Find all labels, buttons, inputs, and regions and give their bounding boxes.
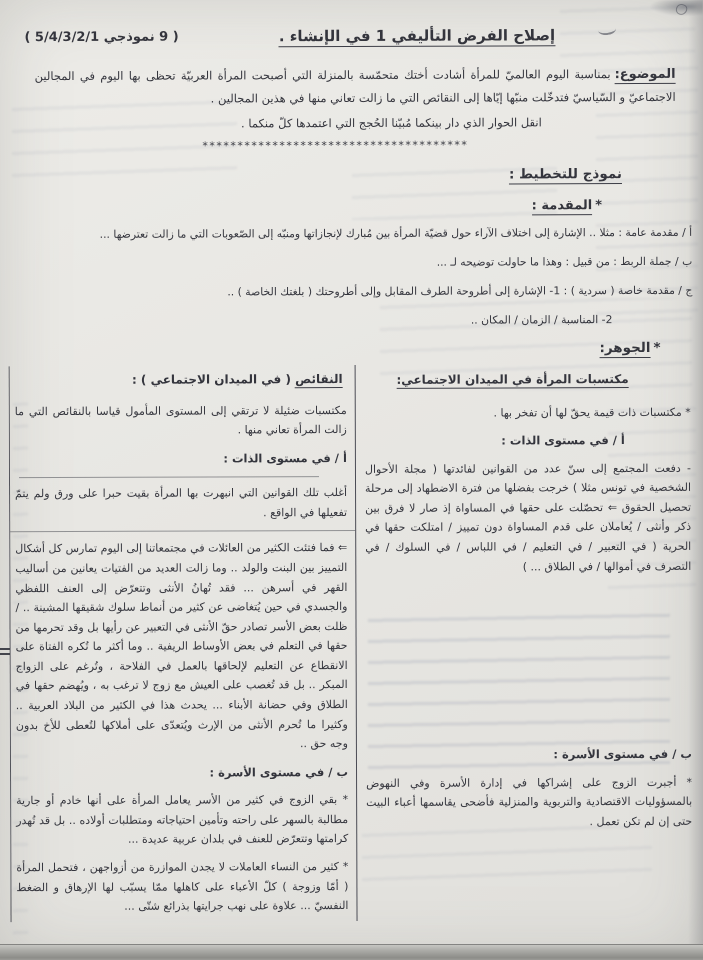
intro-heading: *المقدمة : [23,198,602,215]
ruled-line [10,530,355,532]
intro-item-a: أ / مقدمة عامة : مثلا .. الإشارة إلى اخت… [23,225,692,244]
separator-stars: ************************************** [1,138,670,153]
subject-paragraph: الموضوع:بمناسبة اليوم العالميّ للمرأة أش… [35,63,676,111]
ruled-line [19,476,319,478]
plan-heading-text: نموذج للتخطيط : [509,166,622,184]
intro-item-c: ج / مقدمة خاصة ( سردية ) : 1- الإشارة إل… [23,283,692,302]
scanned-exam-correction-page: إصلاح الفرض التأليفي 1 في الإنشاء . ( 9 … [0,0,703,960]
gains-column: مكتسبات المرأة في الميدان الاجتماعي: * م… [355,364,699,921]
shortcomings-column: النقائص ( في الميدان الاجتماعي ) : مكتسب… [9,365,357,922]
shortcomings-intro: مكتسبات ضئيلة لا ترتقي إلى المستوى المأم… [15,401,347,441]
instruction-line: انقل الحوار الذي دار بينكما مُبيّنا الحُ… [23,116,542,132]
shortcomings-paragraph-self: ⇐ فما فتئت الكثير من العائلات في مجتمعات… [15,538,348,755]
document-content: إصلاح الفرض التأليفي 1 في الإنشاء . ( 9 … [0,0,703,960]
subject-text: بمناسبة اليوم العالميّ للمرأة أشادت أختك… [35,67,676,105]
bleedthrough-gap-spacer [365,584,692,743]
intro-items: أ / مقدمة عامة : مثلا .. الإشارة إلى اخت… [23,225,692,330]
intro-item-b: ب / جملة الربط : من قبيل : وهذا ما حاولت… [23,254,692,273]
page-title: إصلاح الفرض التأليفي 1 في الإنشاء . [279,26,555,47]
shortcomings-heading-rest: ( في الميدان الاجتماعي ) : [132,372,295,387]
body-heading: *الجوهر: [24,340,661,358]
gains-paragraph-family: * أجبرت الزوج على إشراكها في إدارة الأسر… [366,772,692,832]
gains-heading-text: مكتسبات المرأة في الميدان الاجتماعي: [396,372,628,389]
intro-heading-text: المقدمة : [532,198,593,215]
body-heading-text: الجوهر: [599,340,650,358]
shortcomings-paragraph-working-women: * كثير من النساء العاملات لا يجدن المواز… [16,857,348,917]
intro-item-c2: 2- المناسبة / الزمان / المكان .. [23,312,612,331]
shortcomings-heading-main: النقائص [295,372,343,388]
gains-subheading-family: ب / في مستوى الأسرة : [394,744,692,766]
comparison-columns: مكتسبات المرأة في الميدان الاجتماعي: * م… [9,364,699,922]
shortcomings-subheading-self: أ / في مستوى الذات : [15,448,347,470]
subject-label: الموضوع: [615,67,676,84]
shortcomings-subheading-family: ب / في مستوى الأسرة : [16,762,348,784]
document-header: إصلاح الفرض التأليفي 1 في الإنشاء . ( 9 … [22,25,691,57]
shortcomings-heading: النقائص ( في الميدان الاجتماعي ) : [15,369,343,392]
body-heading-star: * [653,340,660,356]
shortcomings-paragraph-husband: * بقي الزوج في كثير من الأسر يعامل المرأ… [16,790,348,850]
gains-heading: مكتسبات المرأة في الميدان الاجتماعي: [365,369,629,391]
models-note: ( 9 نموذجي 5/4/3/2/1 ) [24,30,178,46]
gains-point: * مكتسبات ذات قيمة يحقّ لها أن تفخر بها … [365,402,691,423]
gains-subheading-self: أ / في مستوى الذات : [365,430,625,451]
intro-heading-star: * [595,198,602,213]
plan-heading: نموذج للتخطيط : [23,166,622,184]
gains-paragraph-self: - دفعت المجتمع إلى سنّ عدد من القوانين ل… [365,458,691,577]
shortcomings-paragraph-laws: أغلب تلك القوانين التي انبهرت بها المرأة… [15,483,347,523]
